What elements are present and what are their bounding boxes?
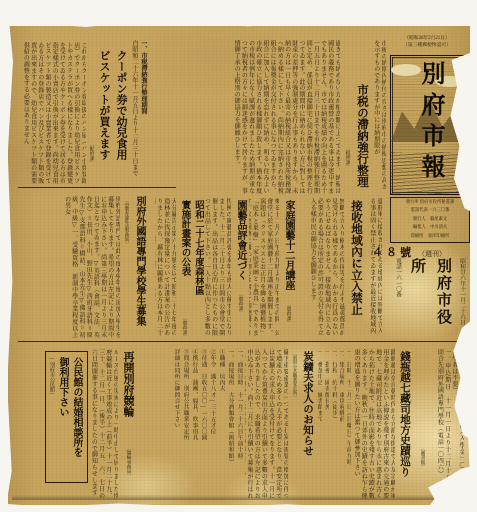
miner-headline: 炭鑛夫求人のお知らせ [299, 351, 316, 469]
tax-period-notice: 一、市税滯納強行整理期間 自昭和二十六年十一月五日より十二月三十日まで [130, 40, 148, 188]
community-notice-box: 公民館の結婚相談所を 御利用下さい ―別府市公民館― [45, 351, 88, 483]
walk-detail-item: 一、行程 約十粁（徒歩） [329, 349, 336, 499]
school-article-headline: 別府外國語專門學校學生募集 [131, 196, 147, 338]
tax-article-lead: 市税の納期內納付の良さは別府市の納稅思想の高さを示すものでありますが中には納期限… [372, 40, 386, 190]
city-office-name: 別府市役所 [404, 258, 456, 338]
forest-body: 大分縣告示第六十九號を以て昭和二十七年度の造林並に伐採豫定量について計畫案の公告… [155, 198, 176, 336]
forest-headline-line2: 實施計畫案の公表 [177, 200, 191, 320]
miner-detail-item: ①職種 坑內夫 [216, 349, 225, 499]
miner-detail-item: 一、面接場所 大分酒類會館（舊昭和館） [225, 349, 234, 499]
bottom-edge-shadow [12, 495, 462, 500]
keepout-article-lead: 進駐軍に接收されてゐる地域內には無斷で立入る事は固く禁止されてゐますが最近接收地… [368, 198, 382, 334]
race-headline: 再開別府競輪 [120, 351, 136, 443]
left-column-divider [18, 187, 176, 188]
miner-detail-item: 詳細は同所に御問合せ下さい [171, 349, 180, 499]
newspaper-page: （昭和26年2月21日） （第三種郵便物認可） 別府市報 發行所 別府市役所秘書… [0, 0, 477, 512]
walk-detail-item: 一、集合場所 東別府驛前 [337, 349, 344, 499]
publisher-person: 發行人 脇屋素文 [391, 215, 469, 223]
biscuit-dept-label: 〔配給課〕 [87, 142, 95, 172]
school-deadline: 一、申込期日 十一月一日より十二月十五日迄 問合先別府外國語專門學校（電話一〇四… [437, 349, 450, 495]
miner-detail-item: ④携行品 蒲團、寢具、炊事用具 [189, 349, 198, 499]
race-dept-label: 〔競輪事務局〕 [124, 446, 132, 486]
publisher-editor: 編集人 中川清夫 [391, 223, 469, 231]
forest-headline: 昭和二十七年度森林區 實施計畫案の公表 [177, 200, 204, 320]
office-phone: 電話一六一〇番 [392, 258, 404, 338]
walk-detail-item: 一、參加申込 圖書館まで [315, 349, 322, 499]
main-horizontal-divider [18, 341, 468, 342]
garden-lecture-body: 來る十二月六日午前九時より正午までの間、公會堂に於て家庭園藝十二月講座を開催しま… [249, 198, 279, 336]
walk-dept-label: 〔圖書館〕 [417, 446, 426, 476]
biscuit-article-body: これからクーポン券取扱のパン屋（パン小賣登錄店）でクーポン券の引換により幼兒食用… [20, 42, 86, 184]
miner-detail-item: ⑤問合場所 別府公共職業安定所 [180, 349, 189, 499]
tax-article-headline: 市税の滯納強行整理 [351, 84, 372, 198]
publisher-printer: 印刷所 東洋印刷所 [391, 232, 469, 240]
miner-dept-label: 〔別府公共職業安定所〕 [290, 351, 298, 417]
tax-period-label: 一、市税滯納強行整理期間 [139, 40, 148, 188]
exhibition-body: 恆例の園藝品評會を本年も盛大に催す事になりました。十二月二十日より三日間市公會堂… [204, 198, 231, 336]
walk-detail-item: 一、指導 圖書館長外 [322, 349, 329, 499]
garden-lecture-dept-label: 〔農政課〕 [284, 302, 292, 330]
approval-line-2: （第三種郵便物認可） [384, 42, 470, 49]
walk-details-list: 一、日時 十二月二日（日曜日）午前九時 一、集合場所 東別府驛前 一、行程 約十… [315, 349, 351, 499]
tax-period-value: 自昭和二十六年十一月五日より十二月三十日まで [130, 40, 139, 188]
community-line2: 御利用下さい [55, 357, 69, 477]
issue-date-block: 昭和廿六年十一月二十六日 別府市役所 電話一六一〇番 [384, 258, 468, 338]
publisher-office: 發行所 別府市役所秘書課 [391, 198, 469, 206]
biscuit-headline-line2: ビスケットが買えます [95, 50, 112, 180]
publisher-box: 發行所 別府市役所秘書課 電話代表一六三〇番 發行人 脇屋素文 編集人 中川清夫… [390, 197, 470, 243]
issue-frequency: （週刊） [418, 250, 446, 258]
miner-detail-item: ②年令 滿十八才—三十五才位 [207, 349, 216, 499]
tax-article-dept-label: 〔税務課〕 [341, 146, 351, 182]
tax-article-body: 過ぎても納めない方が相當數に上つてゐます。納稅は國民の義務であり市政運營の基であ… [178, 40, 340, 194]
community-notice-text: 公民館の結婚相談所を 御利用下さい ―別府市公民館― [50, 357, 83, 477]
exhibition-dept-label: 〔農政課〕 [236, 292, 244, 320]
keepout-article-headline: 接收地域內に立入禁止 [346, 200, 365, 332]
walk-detail-item: 一、日時 十二月二日（日曜日）午前九時 [344, 349, 351, 499]
publisher-phone: 電話代表一六三〇番 [391, 206, 469, 214]
biscuit-article-headline: クーポン券で幼兒食用 ビスケットが買えます [95, 50, 129, 180]
issue-number-line: ４８號 （週刊） [372, 243, 468, 257]
walk-body: 錢瓶越は奈良朝時代から立派な街道で大友宗麟が軍用金を埋めたといふ傳說を殘す別府古… [352, 349, 395, 499]
approval-line-1: （昭和26年2月21日） [384, 35, 470, 42]
forest-headline-line1: 昭和二十七年度森林區 [191, 200, 205, 320]
miner-detail-item: ③待遇 日收五〇〇—一六〇〇圓 [198, 349, 207, 499]
school-article-body: 別府外語專門では此の度本學年度の追加入學生を募集してをります。希望の方は左記によ… [20, 196, 120, 338]
exhibition-headline: 園藝品評會近づく [233, 200, 248, 288]
forest-dept-label: 〔農政課〕 [180, 316, 188, 342]
postal-approval-note: （昭和26年2月21日） （第三種郵便物認可） [384, 35, 470, 51]
miner-body: 縣下重要產業の一つである石炭は需要の增加に伴つて增產のため多くの人手が必要となり… [245, 349, 288, 499]
walk-headline: 錢瓶越七藏司地方史蹟巡り [396, 351, 413, 487]
community-line1: 公民館の結婚相談所を [69, 357, 83, 477]
community-signature: ―別府市公民館― [47, 357, 55, 477]
keepout-article-body: 無斷で立入り樹木の伐採等を行ふ不法の行爲が見受けられる樣であるから、かかる行爲の… [297, 198, 344, 336]
miner-detail-item: 一、面接日時 十一月二十六日午前十時 [234, 349, 243, 499]
garden-lecture-headline: 家庭園藝十二月講座 [281, 200, 296, 298]
biscuit-headline-line1: クーポン券で幼兒食用 [112, 50, 129, 180]
race-body: ルース台風の災害により一時中止して居りました別府競輪は近く工事竣成の上（前半）十… [89, 349, 118, 499]
masthead-title: 別府市報 [415, 61, 445, 191]
school-dept-label: 〔市教育課外語事務所〕 [122, 198, 130, 262]
miner-details-list: 一、面接日時 十一月二十六日午前十時 一、面接場所 大分酒類會館（舊昭和館） ①… [170, 349, 243, 499]
